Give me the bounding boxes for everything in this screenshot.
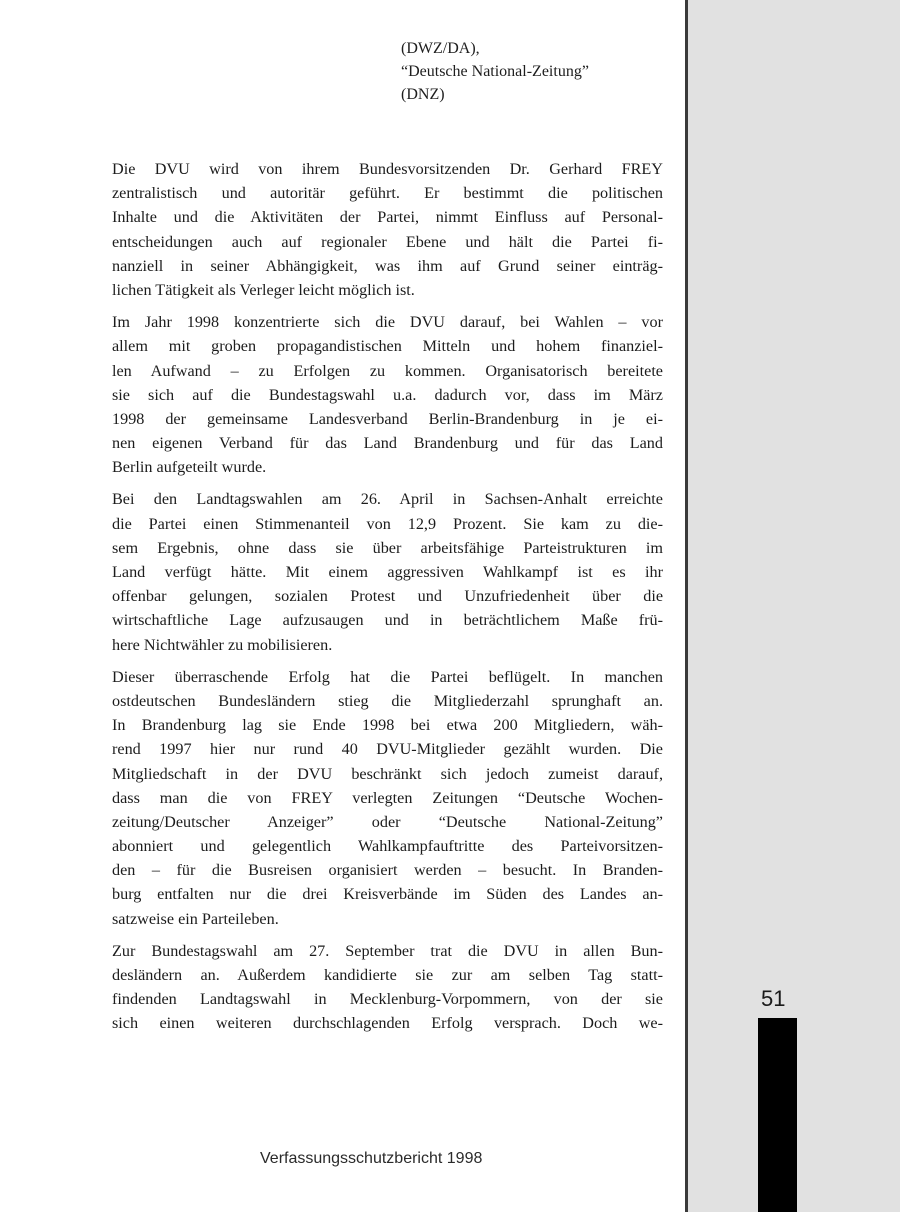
text-line: here Nichtwähler zu mobilisieren. bbox=[112, 633, 663, 657]
paragraph-sachsen-anhalt: Bei den Landtagswahlen am 26. April in S… bbox=[112, 487, 663, 656]
text-line: lichen Tätigkeit als Verleger leicht mög… bbox=[112, 278, 663, 302]
text-line: ostdeutschen Bundesländern stieg die Mit… bbox=[112, 689, 663, 713]
header-line: (DWZ/DA), bbox=[401, 37, 589, 60]
text-line: nen eigenen Verband für das Land Branden… bbox=[112, 431, 663, 455]
text-line: burg entfalten nur die drei Kreisverbänd… bbox=[112, 882, 663, 906]
text-line: offenbar gelungen, sozialen Protest und … bbox=[112, 584, 663, 608]
text-line: sem Ergebnis, ohne dass sie über arbeits… bbox=[112, 536, 663, 560]
text-line: die Partei einen Stimmenanteil von 12,9 … bbox=[112, 512, 663, 536]
text-line: sie sich auf die Bundestagswahl u.a. dad… bbox=[112, 383, 663, 407]
text-line: Zur Bundestagswahl am 27. September trat… bbox=[112, 939, 663, 963]
header-line: “Deutsche National-Zeitung” bbox=[401, 60, 589, 83]
page-thumb-tab-marker bbox=[758, 1018, 797, 1212]
text-line: dass man die von FREY verlegten Zeitunge… bbox=[112, 786, 663, 810]
text-line: Bei den Landtagswahlen am 26. April in S… bbox=[112, 487, 663, 511]
text-line: wirtschaftliche Lage aufzusaugen und in … bbox=[112, 608, 663, 632]
text-line: desländern an. Außerdem kandidierte sie … bbox=[112, 963, 663, 987]
text-line: den – für die Busreisen organisiert werd… bbox=[112, 858, 663, 882]
text-line: abonniert und gelegentlich Wahlkampfauft… bbox=[112, 834, 663, 858]
text-line: Die DVU wird von ihrem Bundesvorsitzende… bbox=[112, 157, 663, 181]
paragraph-elections-1998: Im Jahr 1998 konzentrierte sich die DVU … bbox=[112, 310, 663, 479]
text-line: In Brandenburg lag sie Ende 1998 bei etw… bbox=[112, 713, 663, 737]
document-page: (DWZ/DA), “Deutsche National-Zeitung” (D… bbox=[0, 0, 685, 1212]
page-number: 51 bbox=[761, 986, 785, 1012]
text-line: 1998 der gemeinsame Landesverband Berlin… bbox=[112, 407, 663, 431]
paragraph-membership: Dieser überraschende Erfolg hat die Part… bbox=[112, 665, 663, 931]
text-line: Land verfügt hätte. Mit einem aggressive… bbox=[112, 560, 663, 584]
text-line: Dieser überraschende Erfolg hat die Part… bbox=[112, 665, 663, 689]
text-line: entscheidungen auch auf regionaler Ebene… bbox=[112, 230, 663, 254]
paragraph-bundestagswahl: Zur Bundestagswahl am 27. September trat… bbox=[112, 939, 663, 1036]
paragraph-leadership: Die DVU wird von ihrem Bundesvorsitzende… bbox=[112, 157, 663, 302]
page-footer: Verfassungsschutzbericht 1998 bbox=[260, 1150, 482, 1168]
text-line: sich einen weiteren durchschlagenden Erf… bbox=[112, 1011, 663, 1035]
text-line: rend 1997 hier nur rund 40 DVU-Mitgliede… bbox=[112, 737, 663, 761]
text-line: Inhalte und die Aktivitäten der Partei, … bbox=[112, 205, 663, 229]
text-line: Mitgliedschaft in der DVU beschränkt sic… bbox=[112, 762, 663, 786]
header-line: (DNZ) bbox=[401, 83, 589, 106]
text-line: Berlin aufgeteilt wurde. bbox=[112, 455, 663, 479]
text-line: nanziell in seiner Abhängigkeit, was ihm… bbox=[112, 254, 663, 278]
text-line: allem mit groben propagandistischen Mitt… bbox=[112, 334, 663, 358]
text-line: findenden Landtagswahl in Mecklenburg-Vo… bbox=[112, 987, 663, 1011]
text-line: zentralistisch und autoritär geführt. Er… bbox=[112, 181, 663, 205]
text-line: satzweise ein Parteileben. bbox=[112, 907, 663, 931]
text-line: Im Jahr 1998 konzentrierte sich die DVU … bbox=[112, 310, 663, 334]
text-line: zeitung/Deutscher Anzeiger” oder “Deutsc… bbox=[112, 810, 663, 834]
text-line: len Aufwand – zu Erfolgen zu kommen. Org… bbox=[112, 359, 663, 383]
body-text: Die DVU wird von ihrem Bundesvorsitzende… bbox=[112, 157, 663, 1044]
publication-list-continuation: (DWZ/DA), “Deutsche National-Zeitung” (D… bbox=[401, 37, 589, 106]
